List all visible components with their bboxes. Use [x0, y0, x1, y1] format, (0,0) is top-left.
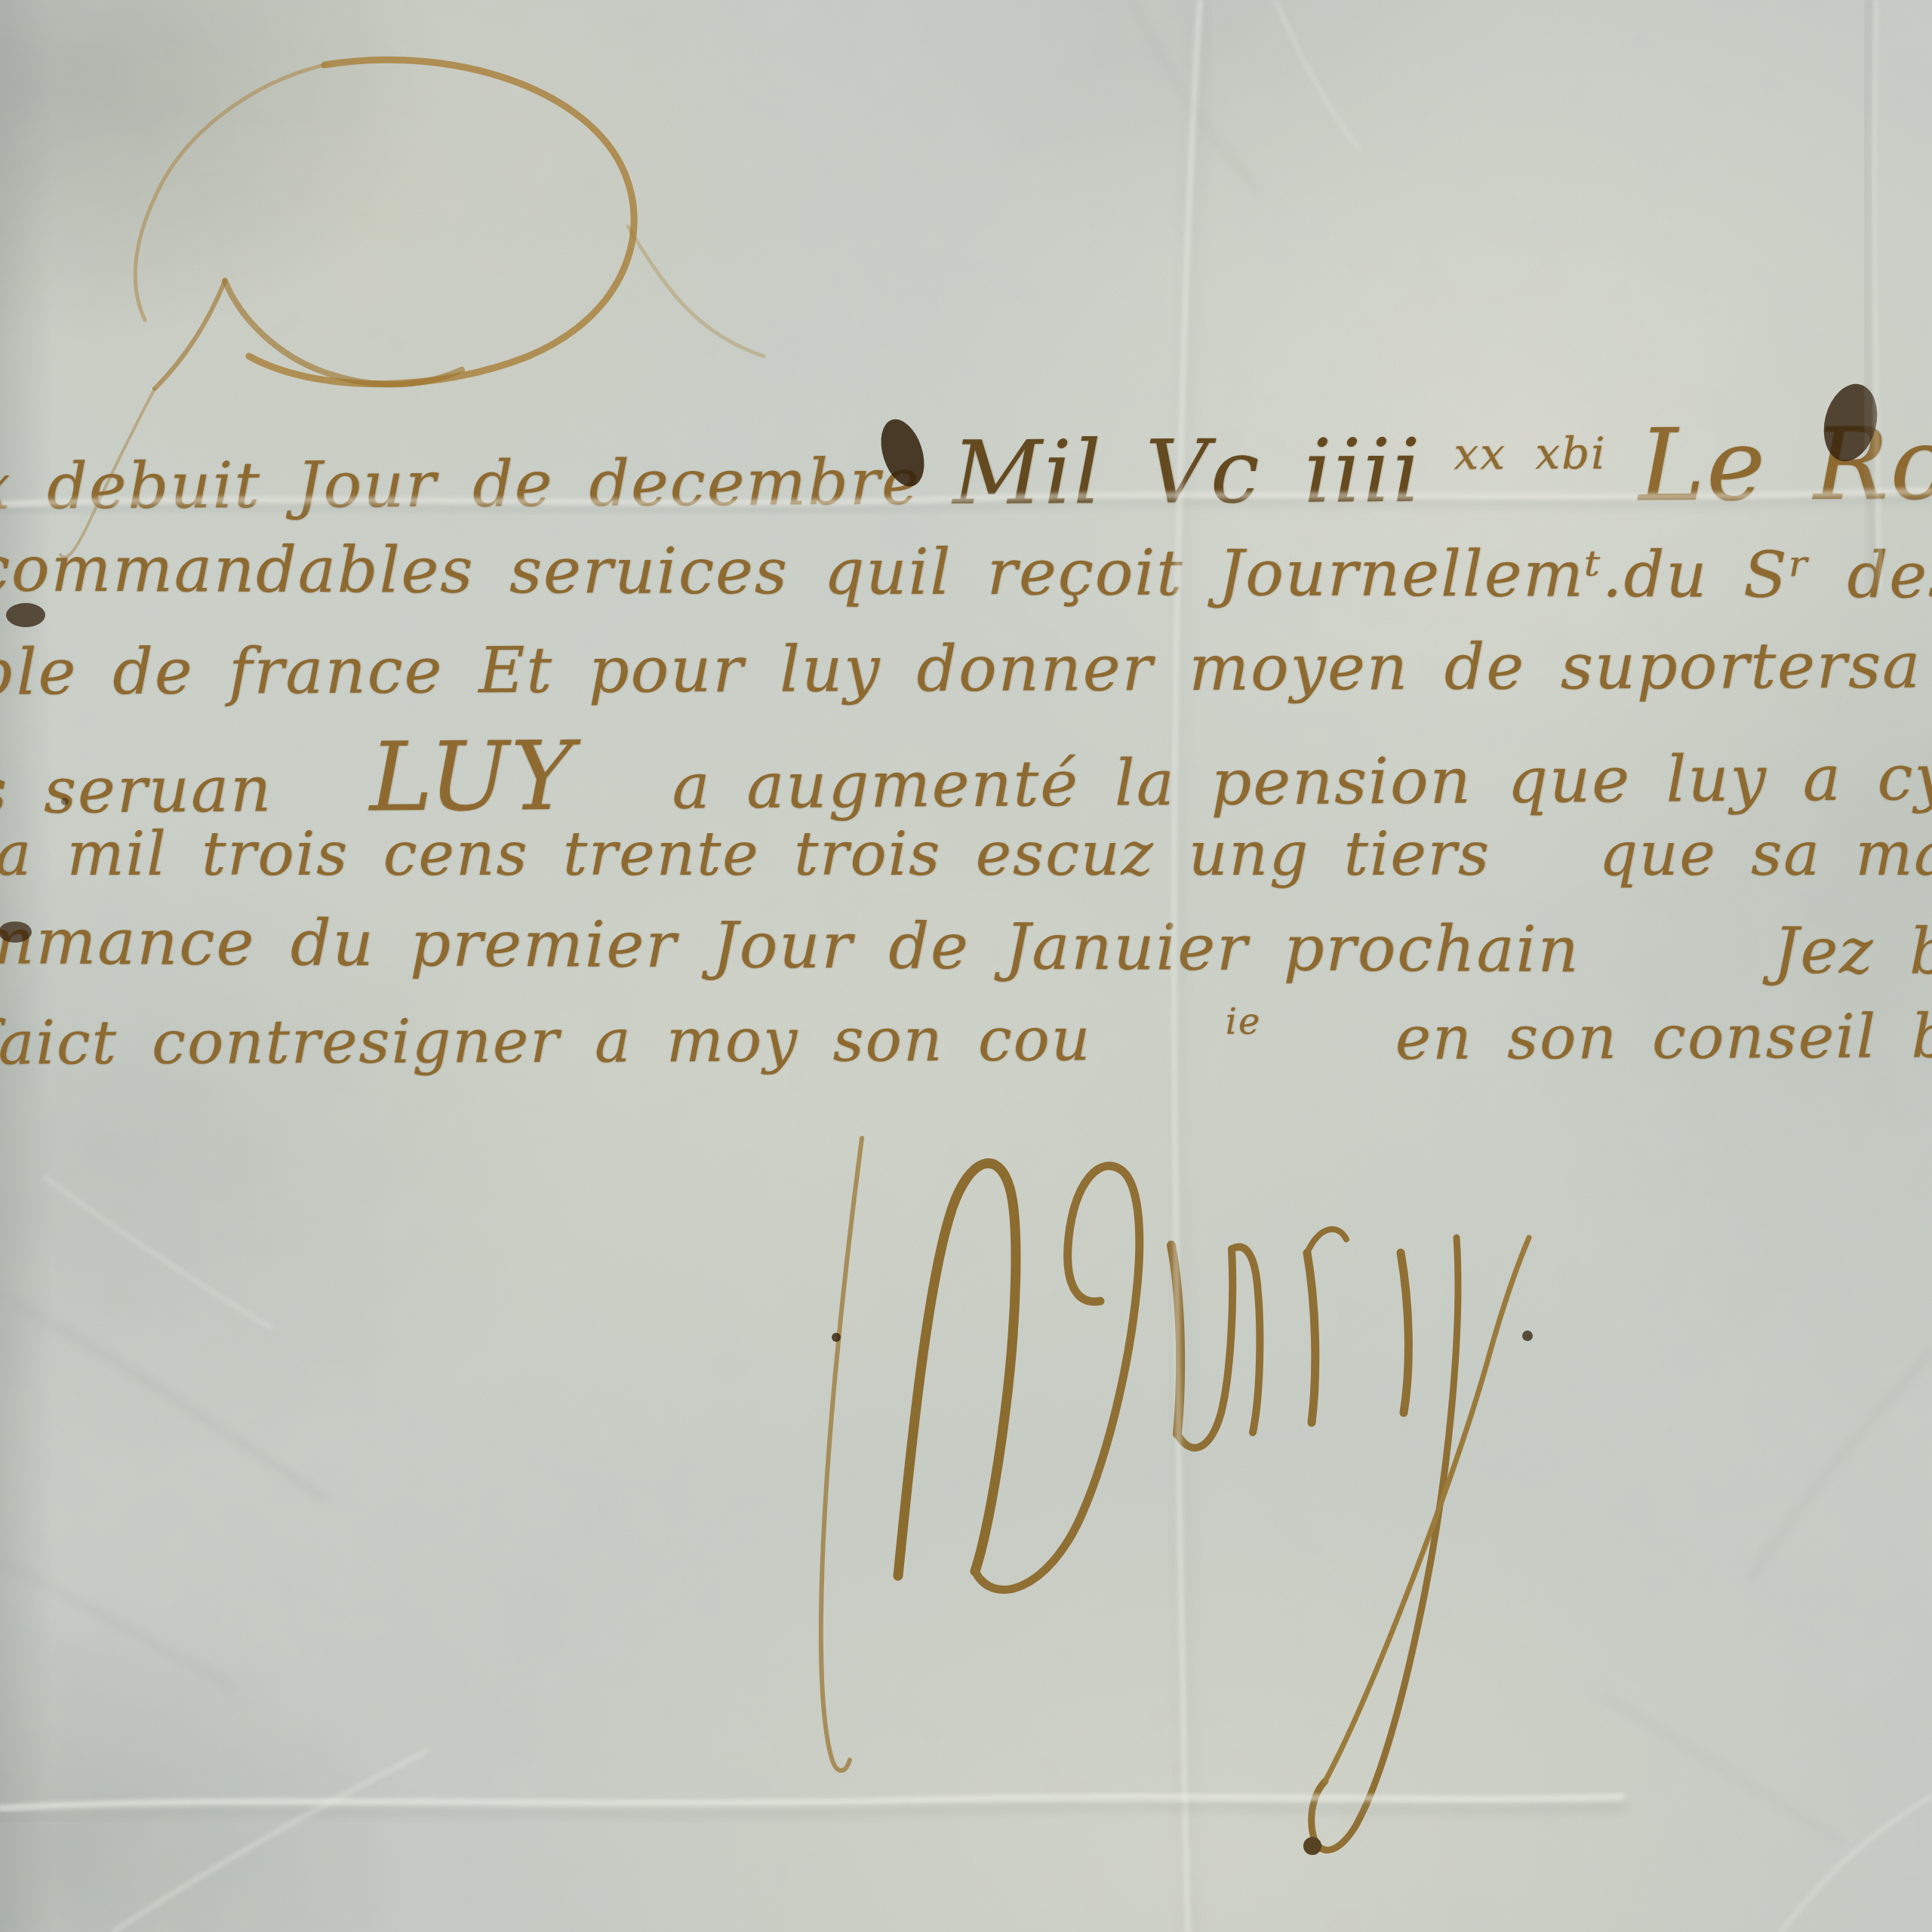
manuscript-line: ble de france Et pour luy donner moyen d…: [0, 633, 1932, 703]
manuscript-word-group: commandables seruices quil reçoit Journe…: [0, 537, 1624, 606]
manuscript-word-group: Le Ro: [1638, 414, 1932, 515]
manuscript-line: mmance du premier Jour de Januier procha…: [0, 909, 1932, 983]
manuscript-word-group: Jez b: [1774, 919, 1932, 983]
manuscript-word-group: Mil Vc iiii: [952, 428, 1422, 518]
manuscript-line: ia mil trois cens trente trois escuz ung…: [0, 824, 1932, 884]
manuscript-word-group: sa gran: [1848, 633, 1932, 697]
manuscript-word-group: en son conseil b: [1395, 1006, 1932, 1069]
manuscript-word-group: que sa ma: [1599, 824, 1932, 884]
manuscript-word-group: xx xbi: [1454, 432, 1607, 476]
manuscript-line: commandables seruices quil reçoit Journe…: [0, 537, 1932, 607]
manuscript-line: x debuit Jour de decembre Mil Vc iiii xx…: [0, 414, 1932, 525]
manuscript-word-group: mmance du premier Jour de Januier procha…: [0, 909, 1580, 981]
manuscript-word-group: faict contresigner a moy son cou: [0, 1009, 1091, 1073]
manuscript-word-group: x debuit Jour de decembre: [0, 450, 921, 518]
manuscript-word-group: LUY: [369, 729, 575, 826]
manuscript-word-group: du Sʳ des: [1623, 543, 1932, 608]
manuscript-word-group: s seruan: [0, 757, 272, 823]
parchment-document-photo: x debuit Jour de decembre Mil Vc iiii xx…: [0, 0, 1932, 1932]
manuscript-word-group: ie: [1226, 1004, 1262, 1040]
manuscript-line: s seruan LUY a augmenté la pension que l…: [0, 719, 1932, 828]
manuscript-word-group: a augmenté la pension que luy a cy: [672, 746, 1932, 818]
manuscript-word-group: ia mil trois cens trente trois escuz ung…: [0, 824, 1491, 884]
manuscript-word-group: ble de france Et pour luy donner moyen d…: [0, 634, 1848, 704]
manuscript-line: faict contresigner a moy son cou ie en s…: [0, 1006, 1932, 1073]
